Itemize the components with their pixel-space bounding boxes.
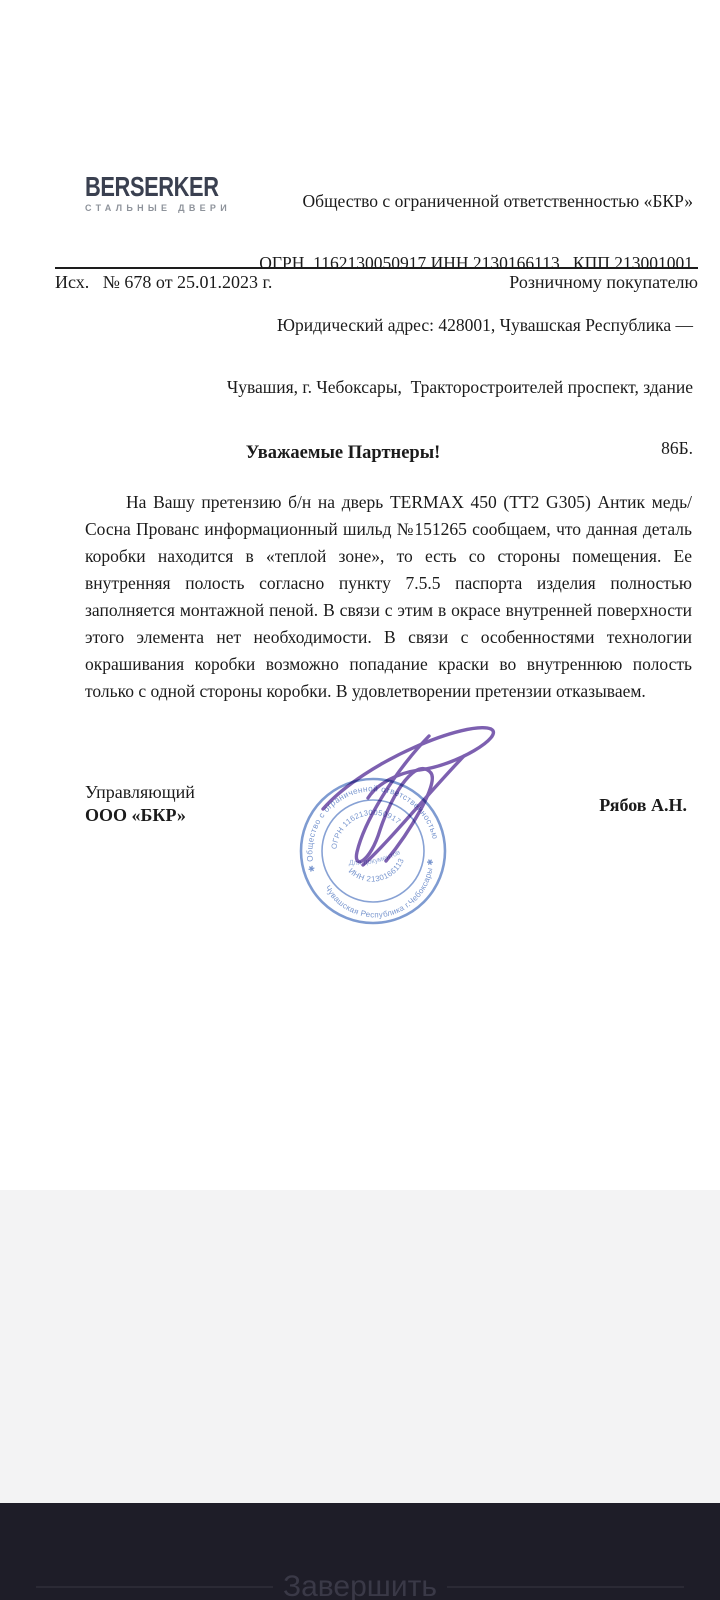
- letterhead-divider: [55, 267, 698, 269]
- company-line: Юридический адрес: 428001, Чувашская Рес…: [213, 315, 693, 336]
- outgoing-number: Исх. № 678 от 25.01.2023 г.: [55, 272, 272, 293]
- signer-role: Управляющий ООО «БКР»: [85, 781, 195, 826]
- finish-button[interactable]: Завершить: [0, 1570, 720, 1600]
- handwritten-signature: [278, 712, 513, 882]
- finish-divider-right: [447, 1586, 684, 1588]
- signer-role-line1: Управляющий: [85, 781, 195, 804]
- signer-name: Рябов А.Н.: [599, 795, 687, 816]
- company-line: Чувашия, г. Чебоксары, Тракторостроителе…: [213, 377, 693, 398]
- background-gray-band: [0, 1190, 720, 1503]
- salutation: Уважаемые Партнеры!: [55, 443, 631, 464]
- brand-wordmark: BERSERKER: [85, 174, 219, 200]
- company-line: ОГРН 1162130050917 ИНН 2130166113 КПП 21…: [213, 253, 693, 274]
- reference-row: Исх. № 678 от 25.01.2023 г. Розничному п…: [55, 272, 698, 293]
- finish-divider-left: [36, 1586, 273, 1588]
- signer-role-line2: ООО «БКР»: [85, 804, 195, 827]
- addressee: Розничному покупателю: [509, 272, 698, 293]
- letter-body: На Вашу претензию б/н на дверь TERMAX 45…: [85, 489, 692, 705]
- finish-button-label[interactable]: Завершить: [283, 1570, 437, 1600]
- company-line: Общество с ограниченной ответственностью…: [213, 191, 693, 212]
- app-screen: BERSERKER СТАЛЬНЫЕ ДВЕРИ Общество с огра…: [0, 0, 720, 1600]
- bottom-sheet: Завершить: [0, 1503, 720, 1600]
